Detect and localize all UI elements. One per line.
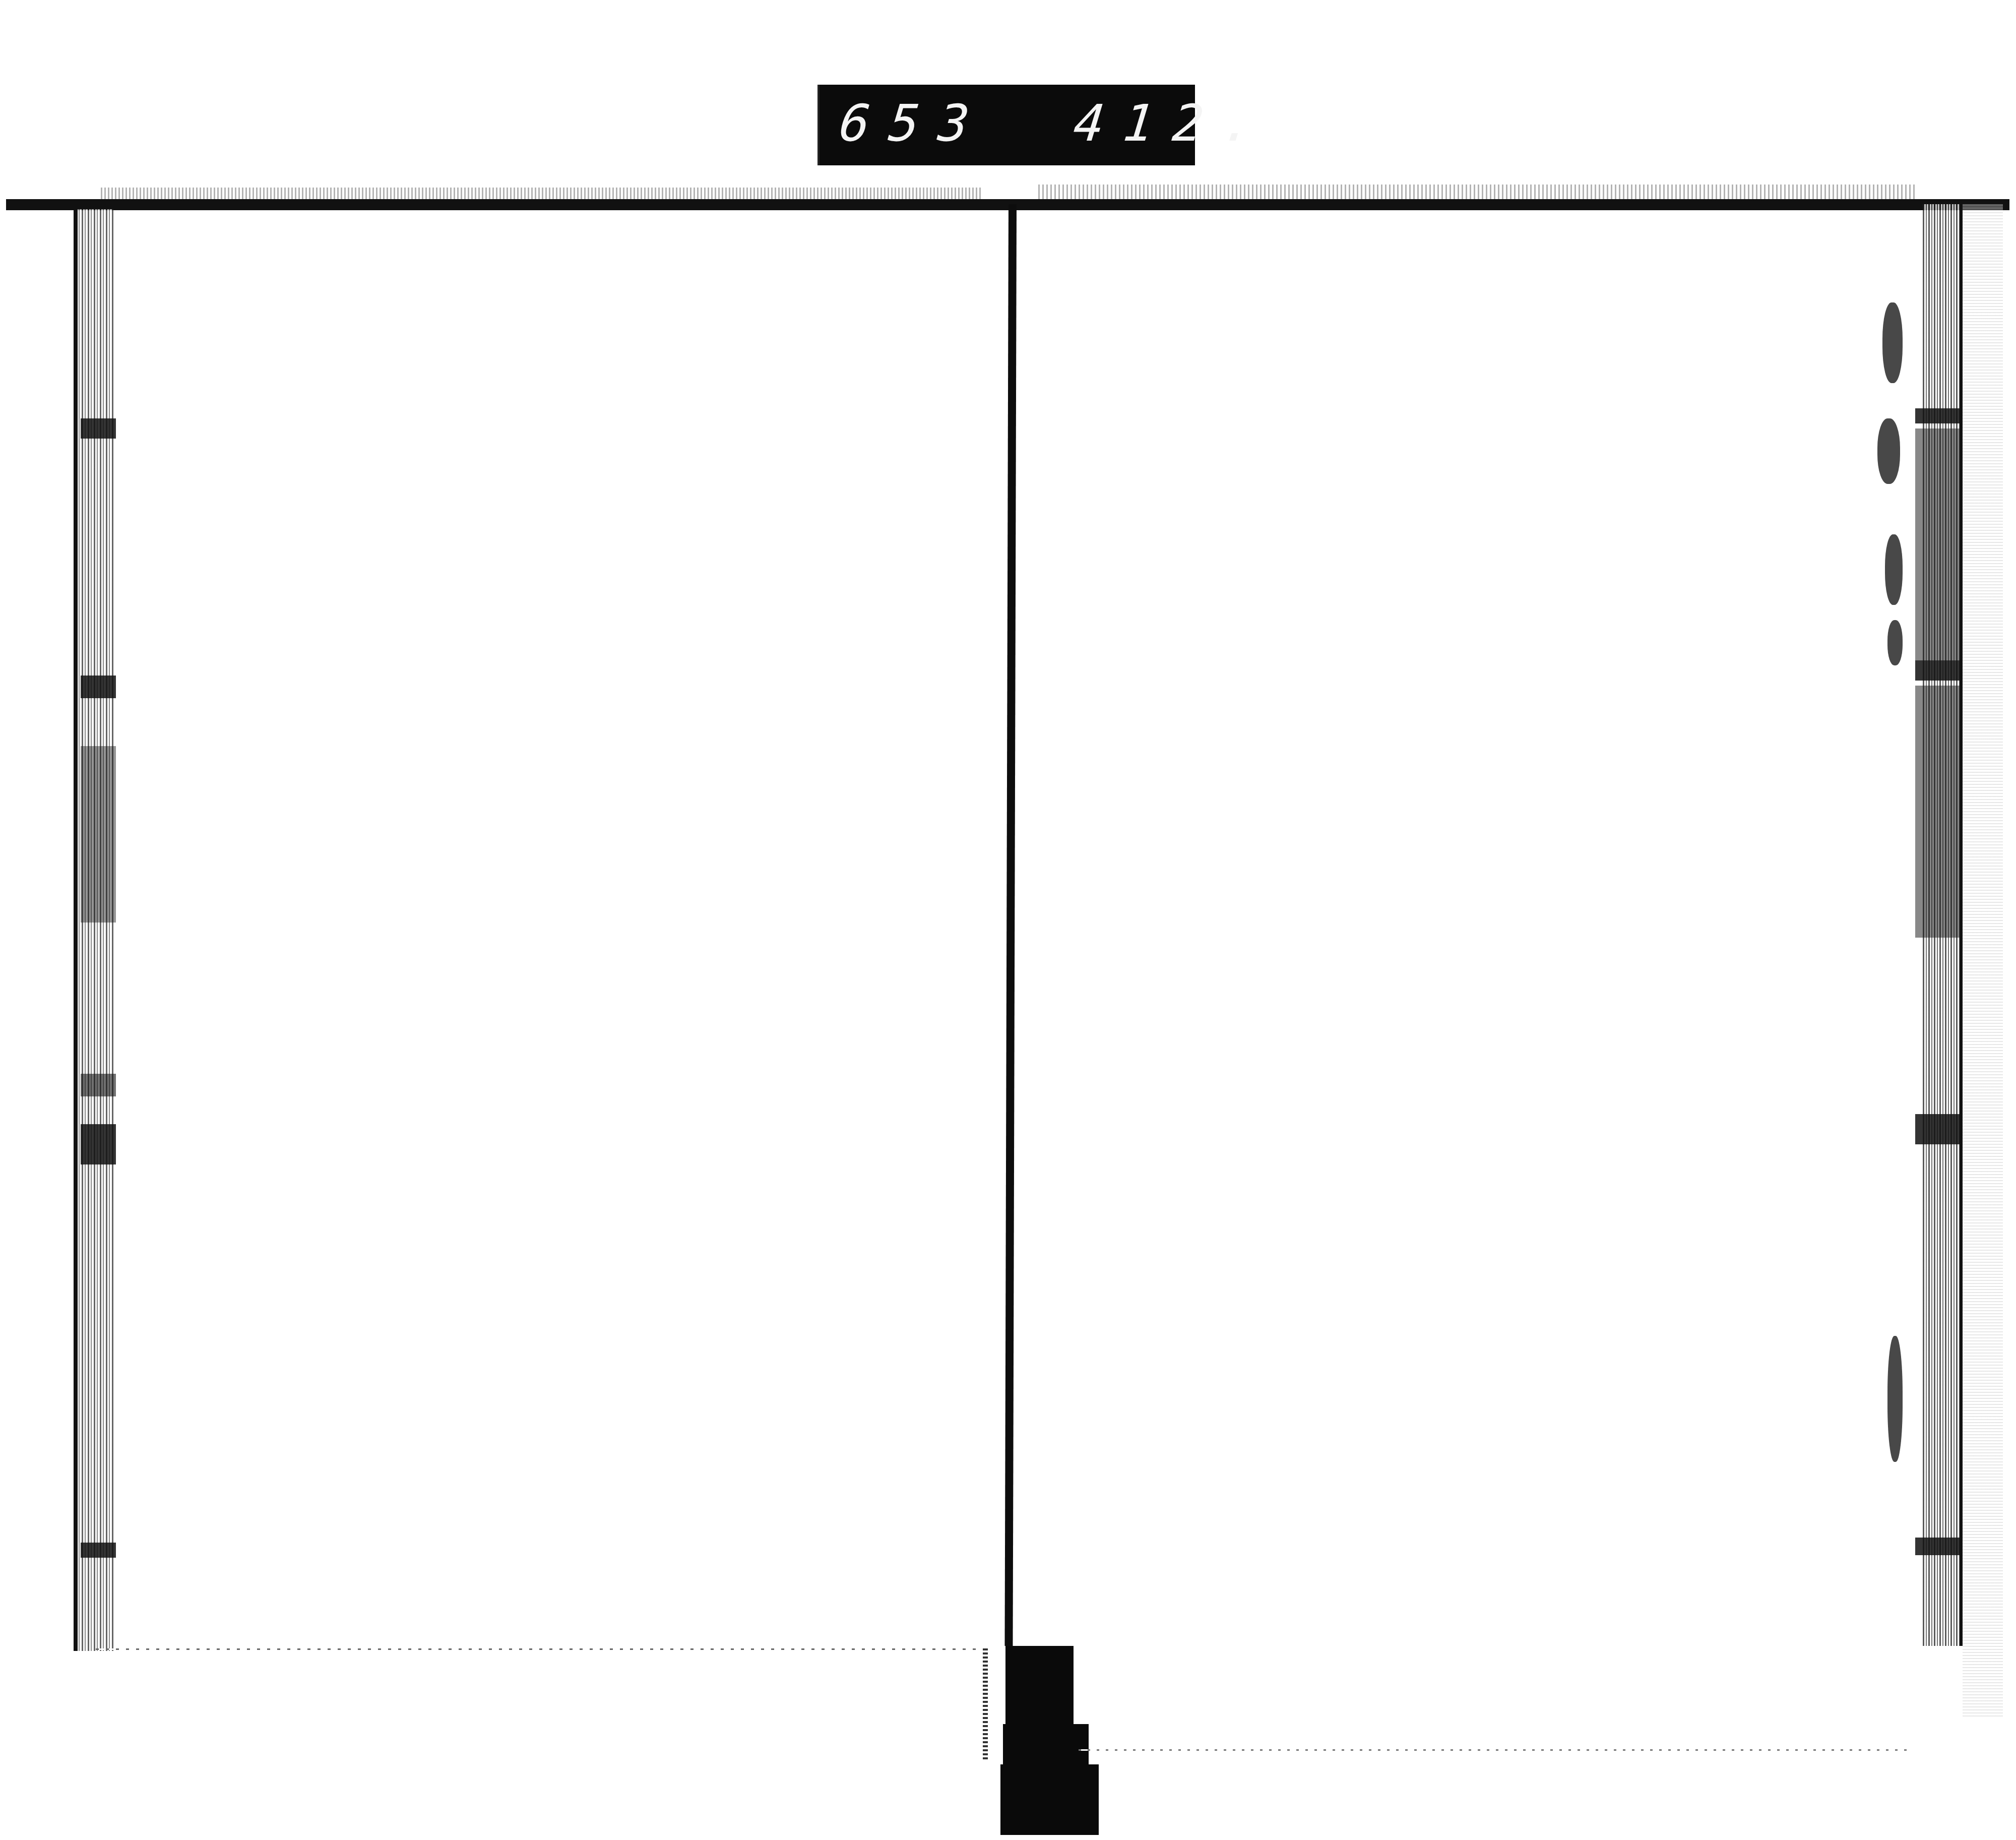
left-page bbox=[116, 212, 1003, 1643]
scanned-book-spread: 653 412. bbox=[0, 0, 2016, 1840]
right-spine-mark bbox=[1915, 1538, 1961, 1555]
left-spine-mark bbox=[81, 1124, 116, 1164]
tag-number-right: 412. bbox=[1071, 94, 1275, 153]
left-spine-mark bbox=[81, 1074, 116, 1096]
right-spine-mark bbox=[1915, 428, 1961, 660]
right-spine-mark bbox=[1915, 660, 1961, 681]
number-tag: 653 412. bbox=[817, 85, 1195, 165]
tag-number-left: 653 bbox=[837, 94, 991, 153]
left-spine-mark bbox=[81, 746, 116, 923]
left-page-bottom-edge bbox=[96, 1648, 983, 1650]
right-spine-shadow bbox=[1963, 204, 2003, 1716]
left-spine-mark bbox=[81, 1543, 116, 1558]
right-spine-mark bbox=[1915, 408, 1961, 423]
left-spine-edge bbox=[74, 209, 78, 1651]
right-page bbox=[1023, 212, 1915, 1643]
bottom-clamp-block bbox=[1005, 1646, 1074, 1727]
clamp-side-strip bbox=[983, 1648, 988, 1759]
right-page-bottom-edge bbox=[1079, 1749, 1910, 1751]
right-spine-mark bbox=[1915, 686, 1961, 938]
top-edge-noise-right bbox=[1038, 185, 1915, 201]
left-spine-mark bbox=[81, 418, 116, 439]
left-spine-mark bbox=[81, 676, 116, 698]
bottom-clamp-block bbox=[1000, 1764, 1099, 1835]
center-gutter-line bbox=[1005, 204, 1017, 1646]
right-spine-mark bbox=[1915, 1114, 1961, 1144]
top-binding-bar bbox=[6, 199, 2009, 210]
